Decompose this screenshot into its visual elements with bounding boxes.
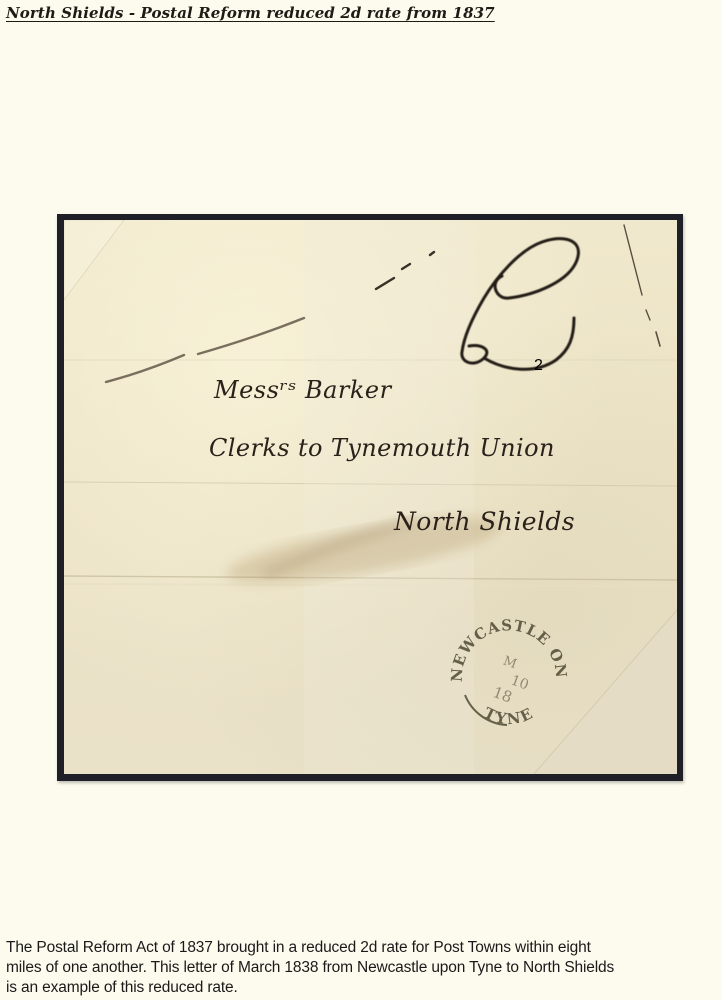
postmark-month: M: [501, 654, 519, 673]
paper-folds: [64, 220, 677, 774]
postmark-town-bottom: TYNE: [481, 704, 537, 729]
caption-line: is an example of this reduced rate.: [6, 978, 722, 998]
address-line-3: North Shields: [393, 507, 575, 536]
caption-line: The Postal Reform Act of 1837 brought in…: [6, 938, 722, 958]
svg-text:2: 2: [534, 357, 543, 374]
address-line-2: Clerks to Tynemouth Union: [209, 434, 555, 462]
cover-artwork: 2 Messʳˢ Barker Clerks to Tynemouth Unio…: [64, 220, 677, 774]
rate-mark: 2: [462, 239, 579, 374]
svg-text:TYNE: TYNE: [481, 704, 537, 729]
page-title: North Shields - Postal Reform reduced 2d…: [6, 4, 495, 22]
caption: The Postal Reform Act of 1837 brought in…: [6, 938, 722, 998]
caption-line: miles of one another. This letter of Mar…: [6, 958, 722, 978]
postal-cover: 2 Messʳˢ Barker Clerks to Tynemouth Unio…: [64, 220, 677, 774]
address-line-1: Messʳˢ Barker: [213, 376, 393, 404]
